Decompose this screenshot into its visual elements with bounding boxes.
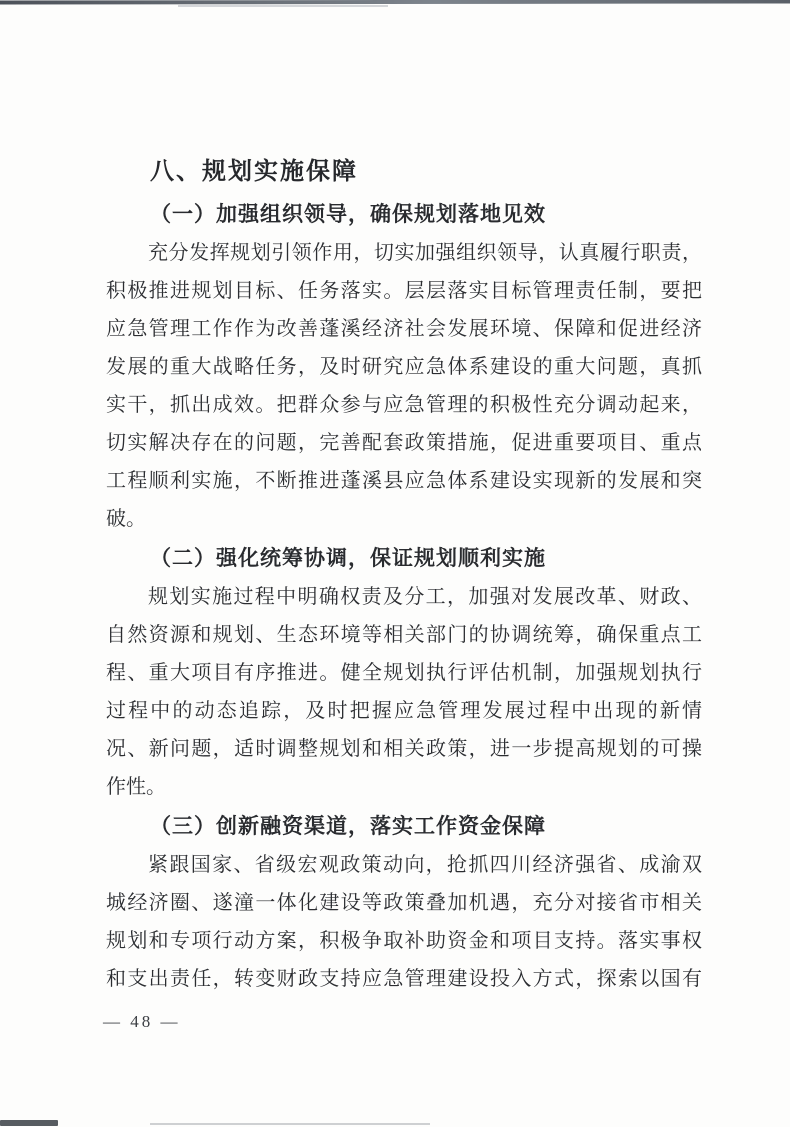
paragraph-line: 况、新问题，适时调整规划和相关政策，进一步提高规划的可操 — [106, 730, 702, 768]
paragraph-line: 程、重大项目有序推进。健全规划执行评估机制，加强规划执行 — [106, 654, 702, 692]
paragraph-line: 规划和专项行动方案，积极争取补助资金和项目支持。落实事权 — [106, 922, 702, 960]
paragraph-line: 和支出责任，转变财政支持应急管理建设投入方式，探索以国有 — [106, 960, 702, 998]
paragraph-line: 实干，抓出成效。把群众参与应急管理的积极性充分调动起来， — [106, 386, 702, 424]
scan-edge-artifact-top — [0, 0, 790, 5]
subsection-title-2: （二）强化统筹协调，保证规划顺利实施 — [150, 538, 702, 578]
scanned-document-page: 八、规划实施保障 （一）加强组织领导，确保规划落地见效 充分发挥规划引领作用，切… — [0, 0, 790, 1127]
paragraph-line: 过程中的动态追踪，及时把握应急管理发展过程中出现的新情 — [106, 692, 702, 730]
paragraph-line: 积极推进规划目标、任务落实。层层落实目标管理责任制，要把 — [106, 272, 702, 310]
scan-edge-artifact-bottom-faint — [150, 1123, 430, 1125]
page-number: — 48 — — [103, 1004, 181, 1040]
subsection-title-1: （一）加强组织领导，确保规划落地见效 — [150, 194, 702, 234]
paragraph-line: 规划实施过程中明确权责及分工，加强对发展改革、财政、 — [106, 578, 702, 616]
paragraph-line: 发展的重大战略任务，及时研究应急体系建设的重大问题，真抓 — [106, 348, 702, 386]
paragraph-line: 切实解决存在的问题，完善配套政策措施，促进重要项目、重点 — [106, 424, 702, 462]
paragraph-line: 工程顺利实施，不断推进蓬溪县应急体系建设实现新的发展和突 — [106, 462, 702, 500]
paragraph-3: 紧跟国家、省级宏观政策动向，抢抓四川经济强省、成渝双 城经济圈、遂潼一体化建设等… — [106, 846, 702, 998]
section-heading: 八、规划实施保障 — [150, 150, 702, 194]
document-body: 八、规划实施保障 （一）加强组织领导，确保规划落地见效 充分发挥规划引领作用，切… — [106, 150, 702, 998]
paragraph-line: 破。 — [106, 500, 702, 538]
paragraph-line: 自然资源和规划、生态环境等相关部门的协调统筹，确保重点工 — [106, 616, 702, 654]
scan-edge-artifact-top-faint — [178, 5, 388, 7]
paragraph-line: 充分发挥规划引领作用，切实加强组织领导，认真履行职责， — [106, 234, 702, 272]
paragraph-2: 规划实施过程中明确权责及分工，加强对发展改革、财政、 自然资源和规划、生态环境等… — [106, 578, 702, 806]
paragraph-line: 紧跟国家、省级宏观政策动向，抢抓四川经济强省、成渝双 — [106, 846, 702, 884]
paragraph-1: 充分发挥规划引领作用，切实加强组织领导，认真履行职责， 积极推进规划目标、任务落… — [106, 234, 702, 538]
paragraph-line: 城经济圈、遂潼一体化建设等政策叠加机遇，充分对接省市相关 — [106, 884, 702, 922]
paragraph-line: 作性。 — [106, 768, 702, 806]
subsection-title-3: （三）创新融资渠道，落实工作资金保障 — [150, 806, 702, 846]
paragraph-line: 应急管理工作作为改善蓬溪经济社会发展环境、保障和促进经济 — [106, 310, 702, 348]
scan-edge-artifact-bottom — [0, 1120, 58, 1126]
